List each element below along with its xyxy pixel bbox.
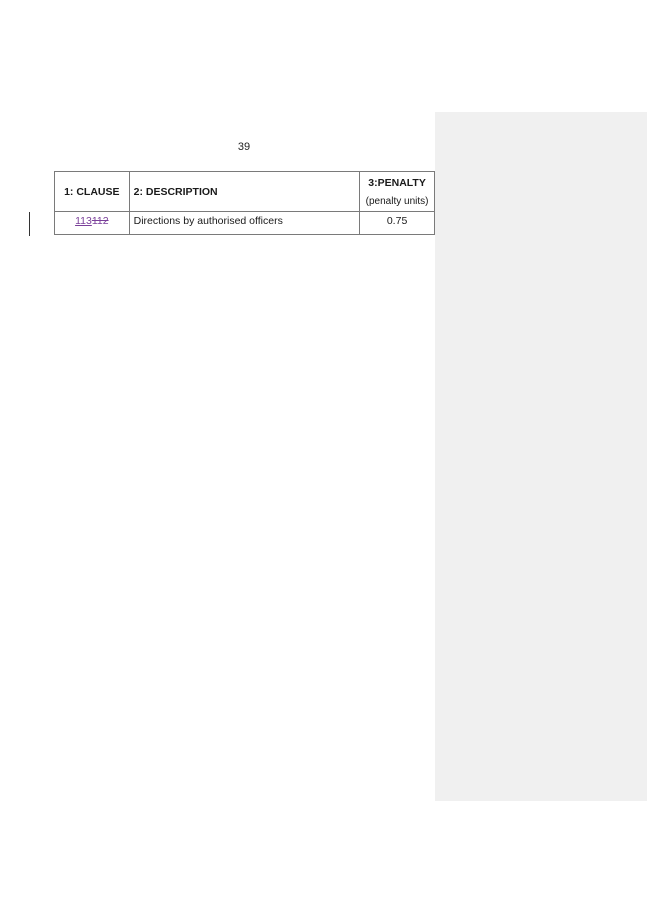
header-clause: 1: CLAUSE: [55, 172, 130, 212]
page-number: 39: [224, 141, 264, 153]
header-description: 2: DESCRIPTION: [129, 172, 360, 212]
revision-change-bar: [29, 212, 30, 236]
header-penalty-label: 3:PENALTY: [368, 177, 426, 189]
clause-deleted-text[interactable]: 112: [92, 215, 109, 227]
table-row: 113112 Directions by authorised officers…: [55, 212, 435, 235]
description-cell: Directions by authorised officers: [129, 212, 360, 235]
header-penalty: 3:PENALTY (penalty units): [360, 172, 435, 212]
comment-pane: [435, 112, 647, 801]
header-penalty-units: (penalty units): [364, 196, 430, 207]
penalty-cell: 0.75: [360, 212, 435, 235]
clause-inserted-text[interactable]: 113: [75, 215, 92, 227]
penalty-table: 1: CLAUSE 2: DESCRIPTION 3:PENALTY (pena…: [54, 171, 435, 235]
table-header-row: 1: CLAUSE 2: DESCRIPTION 3:PENALTY (pena…: [55, 172, 435, 212]
clause-cell: 113112: [55, 212, 130, 235]
